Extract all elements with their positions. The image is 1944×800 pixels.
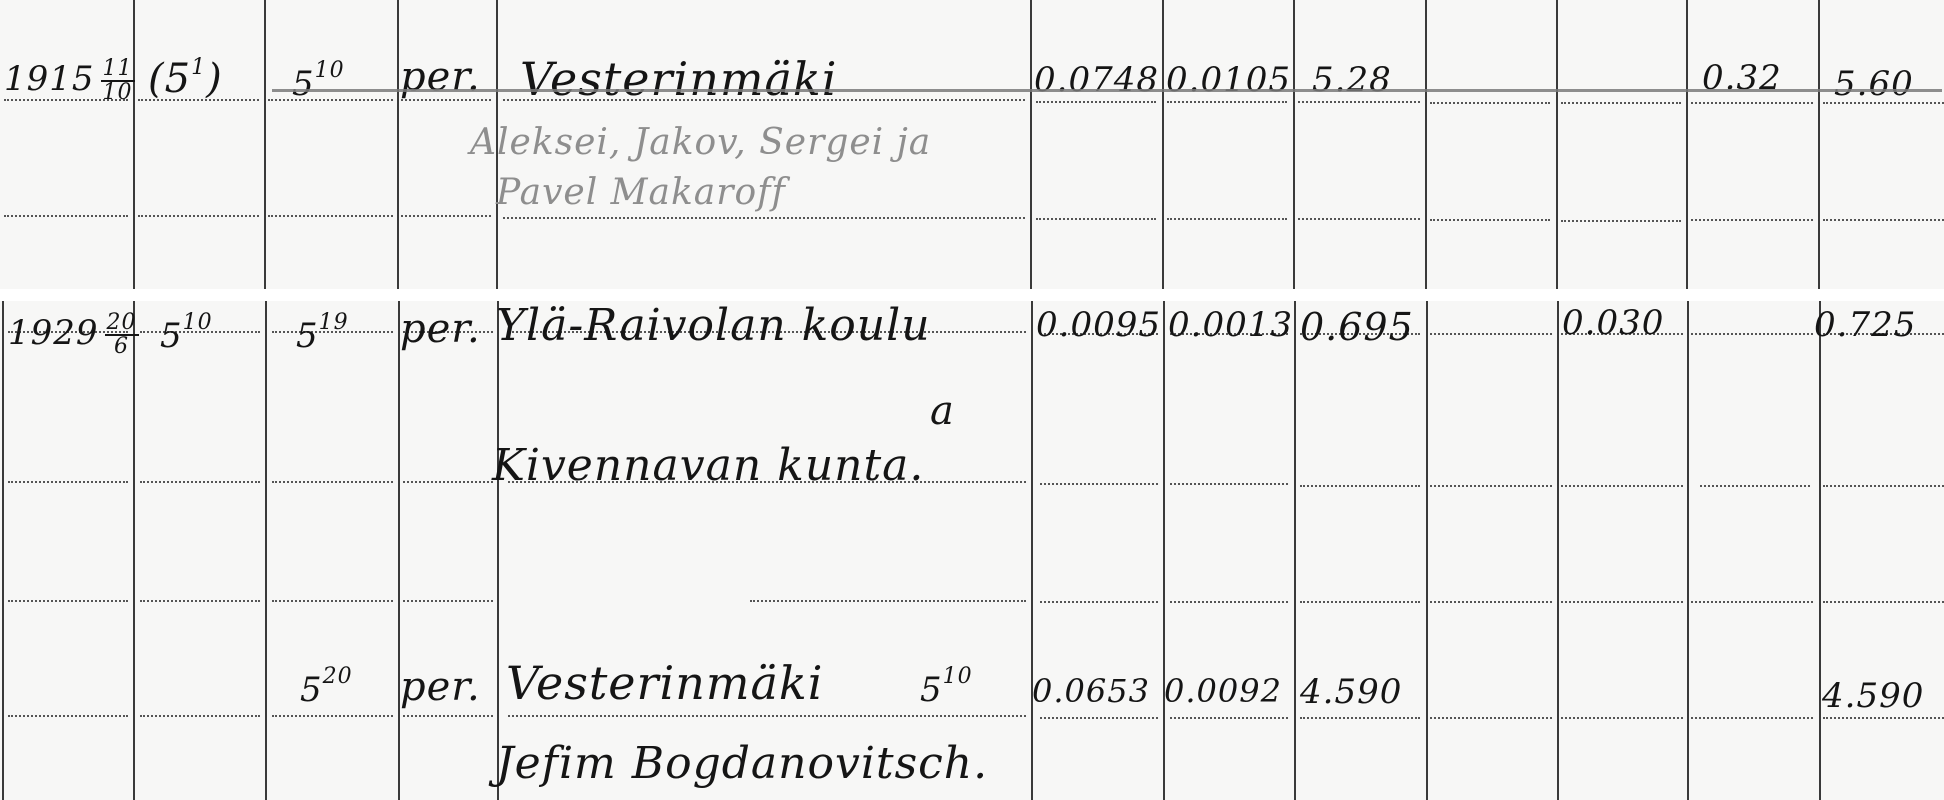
- parcel-number: 510: [292, 58, 345, 104]
- name-reference-base: 5: [920, 670, 943, 710]
- date-day: 11: [101, 58, 135, 82]
- dotted-guide: [1823, 717, 1944, 719]
- value-total: 5.60: [1834, 64, 1914, 104]
- value-col1: 0.0748: [1034, 60, 1159, 100]
- dotted-guide: [1167, 218, 1287, 220]
- dotted-guide: [1561, 601, 1683, 603]
- name-reference: 510: [920, 664, 973, 710]
- reference-close: ): [206, 56, 223, 102]
- abbr-per: per.: [400, 664, 481, 710]
- dotted-guide: [8, 600, 128, 602]
- dotted-guide: [1036, 101, 1156, 103]
- date-year: 1915: [4, 59, 95, 99]
- value-col1: 0.0095: [1036, 305, 1161, 345]
- column-rule: [497, 301, 499, 800]
- column-rule: [1556, 0, 1558, 289]
- owner-name: Kivennavan kunta.: [492, 440, 924, 491]
- dotted-guide: [1040, 717, 1158, 719]
- column-rule: [1426, 301, 1428, 800]
- dotted-guide: [1691, 333, 1813, 335]
- dotted-guide: [1823, 219, 1944, 221]
- dotted-guide: [1170, 601, 1288, 603]
- column-rule: [2, 301, 4, 800]
- value-col2: 0.0105: [1166, 60, 1291, 100]
- column-rule: [1818, 0, 1820, 289]
- entry-date: 1929206: [8, 312, 139, 358]
- column-rule: [1162, 0, 1164, 289]
- parcel-number: 520: [300, 664, 353, 710]
- dotted-guide: [1691, 102, 1813, 104]
- dotted-guide: [1430, 333, 1552, 335]
- dotted-guide: [403, 600, 493, 602]
- parcel-sup: 10: [315, 58, 345, 83]
- dotted-guide: [1167, 101, 1287, 103]
- reference-base: 5: [160, 316, 183, 356]
- name-reference-sup: 10: [943, 664, 973, 689]
- parcel-base: 5: [300, 670, 323, 710]
- abbr-per: per.: [400, 306, 481, 352]
- dotted-guide: [1691, 601, 1813, 603]
- section-divider: [0, 289, 1944, 301]
- column-rule: [397, 0, 399, 289]
- value-col2: 0.0013: [1168, 305, 1293, 345]
- dotted-guide: [268, 215, 393, 217]
- entry-date: 19151110: [4, 58, 135, 104]
- dotted-guide: [1561, 485, 1683, 487]
- dotted-guide: [508, 715, 1026, 717]
- owner-name: Jefim Bogdanovitsch.: [496, 738, 988, 789]
- dotted-guide: [272, 600, 393, 602]
- dotted-guide: [503, 217, 1025, 219]
- dotted-guide: [4, 215, 128, 217]
- dotted-guide: [750, 600, 1026, 602]
- value-total: 4.590: [1822, 676, 1924, 716]
- reference-sup: 1: [191, 55, 206, 80]
- date-year: 1929: [8, 313, 99, 353]
- value-col2: 0.0092: [1164, 672, 1282, 710]
- column-rule: [398, 301, 400, 800]
- dotted-guide: [1300, 485, 1420, 487]
- column-rule: [1819, 301, 1821, 800]
- owner-note-line2: Pavel Makaroff: [496, 172, 786, 213]
- entry-reference: 510: [160, 310, 213, 356]
- dotted-guide: [1300, 601, 1420, 603]
- column-rule: [1031, 301, 1033, 800]
- dotted-guide: [8, 481, 128, 483]
- dotted-guide: [1298, 218, 1420, 220]
- dotted-guide: [1036, 218, 1156, 220]
- dotted-guide: [1561, 717, 1683, 719]
- date-fraction: 1110: [101, 58, 135, 104]
- dotted-guide: [1430, 717, 1552, 719]
- column-rule: [264, 0, 266, 289]
- column-rule: [133, 301, 135, 800]
- value-total: 0.725: [1814, 305, 1916, 345]
- ledger-page: 19151110 (51) 510 per. Vesterinmäki Alek…: [0, 0, 1944, 800]
- abbr-per: per.: [400, 54, 481, 100]
- dotted-guide: [1170, 483, 1288, 485]
- owner-note-line1: Aleksei, Jakov, Sergei ja: [470, 122, 931, 163]
- dotted-guide: [1430, 601, 1552, 603]
- column-rule: [1293, 0, 1295, 289]
- dotted-guide: [8, 715, 128, 717]
- value-col3: 4.590: [1300, 672, 1402, 712]
- column-rule: [1686, 0, 1688, 289]
- dotted-guide: [1430, 485, 1552, 487]
- column-rule: [265, 301, 267, 800]
- parcel-base: 5: [292, 64, 315, 104]
- reference-sup: 10: [183, 310, 213, 335]
- dotted-guide: [140, 600, 260, 602]
- column-rule: [1163, 301, 1165, 800]
- dotted-guide: [1561, 220, 1681, 222]
- value-col5: 0.030: [1562, 303, 1664, 343]
- dotted-guide: [1298, 101, 1420, 103]
- parcel-name: Ylä-Raivolan koulu: [496, 300, 931, 351]
- dotted-guide: [1300, 717, 1420, 719]
- dotted-guide: [1561, 102, 1681, 104]
- dotted-guide: [1430, 219, 1550, 221]
- column-rule: [133, 0, 135, 289]
- dotted-guide: [1823, 485, 1944, 487]
- date-month: 10: [103, 82, 133, 104]
- date-day: 20: [105, 312, 139, 336]
- column-rule: [1557, 301, 1559, 800]
- dotted-guide: [138, 215, 259, 217]
- dotted-guide: [272, 715, 393, 717]
- dotted-guide: [1823, 601, 1944, 603]
- column-rule: [1030, 0, 1032, 289]
- column-rule: [1425, 0, 1427, 289]
- dotted-guide: [403, 481, 493, 483]
- dotted-guide: [1700, 485, 1810, 487]
- dotted-guide: [403, 715, 493, 717]
- date-month: 6: [114, 336, 129, 358]
- value-col6: 0.32: [1702, 58, 1782, 98]
- dotted-guide: [1040, 483, 1158, 485]
- dotted-guide: [1430, 102, 1550, 104]
- entry-reference: (51): [148, 55, 223, 102]
- parcel-number: 519: [296, 310, 349, 356]
- column-rule: [1294, 301, 1296, 800]
- dotted-guide: [401, 215, 491, 217]
- parcel-name: Vesterinmäki: [506, 656, 824, 710]
- value-col3: 5.28: [1312, 60, 1392, 100]
- dotted-guide: [1691, 219, 1813, 221]
- date-fraction: 206: [105, 312, 139, 358]
- dotted-guide: [1170, 717, 1288, 719]
- dotted-guide: [140, 481, 260, 483]
- dotted-guide: [140, 715, 260, 717]
- value-col1: 0.0653: [1032, 672, 1150, 710]
- correction-mark: a: [930, 388, 955, 434]
- dotted-guide: [1040, 601, 1158, 603]
- parcel-sup: 20: [323, 664, 353, 689]
- parcel-sup: 19: [319, 310, 349, 335]
- value-col3: 0.695: [1300, 305, 1414, 349]
- parcel-name: Vesterinmäki: [520, 52, 838, 106]
- reference-text: (5: [148, 56, 191, 102]
- column-rule: [1687, 301, 1689, 800]
- parcel-base: 5: [296, 316, 319, 356]
- dotted-guide: [1691, 717, 1813, 719]
- strike-through-line: [272, 89, 1942, 92]
- dotted-guide: [272, 481, 393, 483]
